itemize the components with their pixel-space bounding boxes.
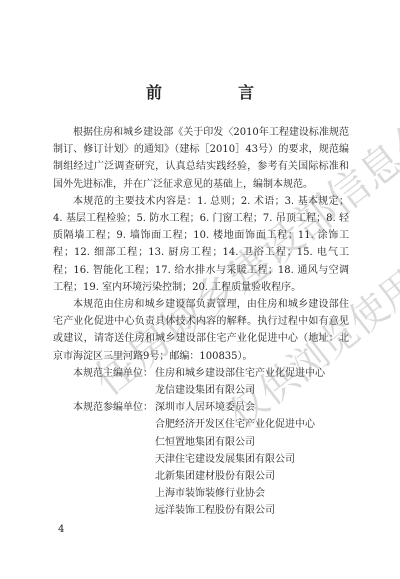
- participating-unit-item: 仁恒置地集团有限公司: [155, 434, 315, 451]
- participating-units-label: 本规范参编单位：: [53, 399, 155, 519]
- participating-units-section: 本规范参编单位： 深圳市人居环境委员会 合肥经济开发区住宅产业化促进中心 仁恒置…: [53, 399, 349, 519]
- paragraph-basis: 根据住房和城乡建设部《关于印发〈2010年工程建设标准规范制订、修订计划〉的通知…: [53, 124, 349, 193]
- chief-units-list: 住房和城乡建设部住宅产业化促进中心 龙信建设集团有限公司: [155, 365, 325, 399]
- participating-unit-item: 深圳市人居环境委员会: [155, 399, 315, 416]
- participating-unit-item: 上海市装饰装修行业协会: [155, 485, 315, 502]
- document-page: 前 言 根据住房和城乡建设部《关于印发〈2010年工程建设标准规范制订、修订计划…: [0, 0, 400, 579]
- paragraph-management: 本规范由住房和城乡建设部负责管理，由住房和城乡建设部住宅产业化促进中心负责具体技…: [53, 296, 349, 365]
- page-number: 4: [58, 524, 64, 535]
- participating-unit-item: 北新集团建材股份有限公司: [155, 468, 315, 485]
- chief-units-label: 本规范主编单位：: [53, 365, 155, 399]
- participating-unit-item: 远洋装饰工程股份有限公司: [155, 502, 315, 519]
- participating-unit-item: 合肥经济开发区住宅产业化促进中心: [155, 416, 315, 433]
- page-title: 前 言: [0, 80, 400, 103]
- document-body: 根据住房和城乡建设部《关于印发〈2010年工程建设标准规范制订、修订计划〉的通知…: [53, 124, 349, 520]
- participating-units-list: 深圳市人居环境委员会 合肥经济开发区住宅产业化促进中心 仁恒置地集团有限公司 天…: [155, 399, 315, 519]
- chief-unit-item: 住房和城乡建设部住宅产业化促进中心: [155, 365, 325, 382]
- chief-units-section: 本规范主编单位： 住房和城乡建设部住宅产业化促进中心 龙信建设集团有限公司: [53, 365, 349, 399]
- participating-unit-item: 天津住宅建设发展集团有限公司: [155, 451, 315, 468]
- paragraph-technical-content: 本规范的主要技术内容是：1. 总则；2. 术语；3. 基本规定；4. 基层工程检…: [53, 193, 349, 296]
- chief-unit-item: 龙信建设集团有限公司: [155, 382, 325, 399]
